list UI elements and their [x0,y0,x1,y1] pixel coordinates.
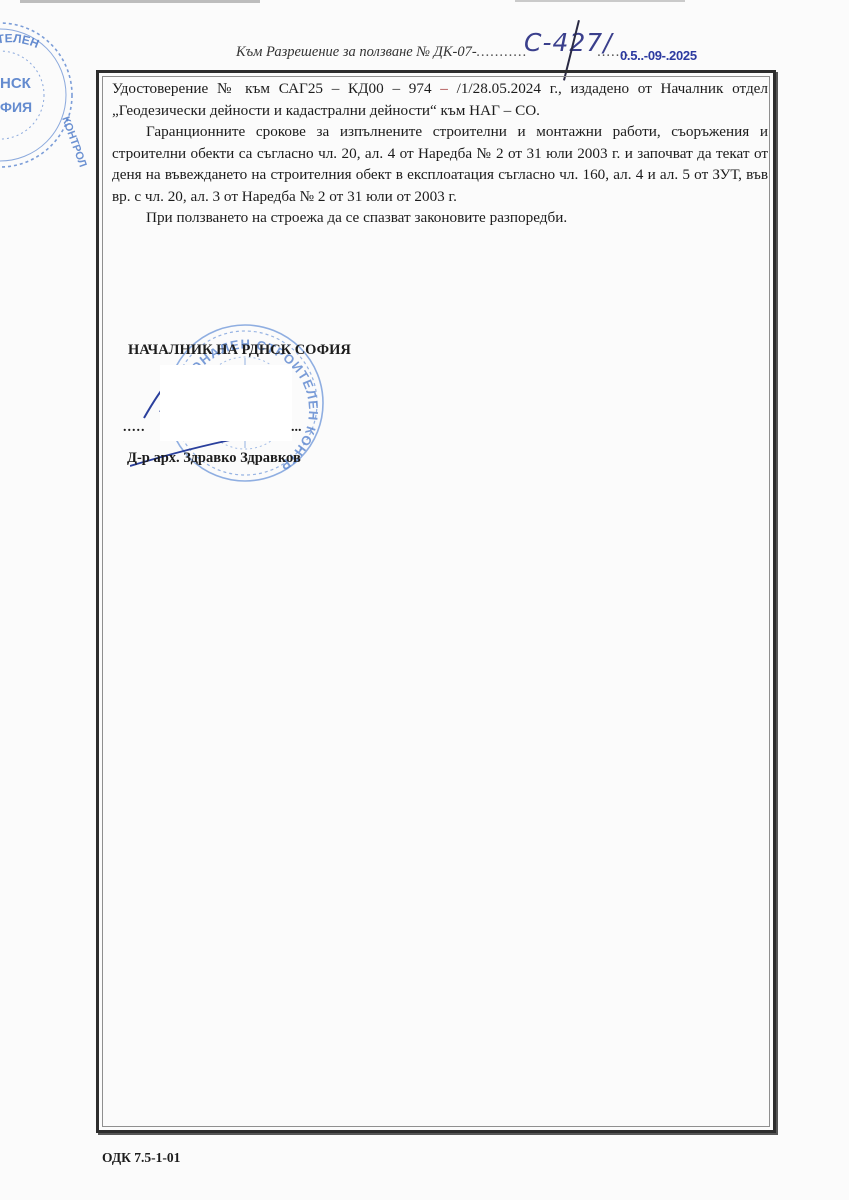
corner-stamp-icon: ЛЕН СТРОИТЕЛЕН НСК ФИЯ КОНТРОЛ [0,0,90,180]
signatory-name: Д-р арх. Здравко Здравков [127,450,301,467]
certificate-paragraph: Удостоверение № към САГ25 – КД00 – 974 –… [112,78,768,121]
handwritten-permit-number: С-427/ [524,28,613,57]
document-frame-inner [102,76,770,1127]
certificate-text: Удостоверение № към САГ25 – КД00 – 974 [112,80,440,97]
redacted-signature [160,365,292,441]
date-stamp: 0.5..-09-.2025 [620,48,697,63]
svg-text:НСК: НСК [0,75,32,92]
warranty-paragraph: Гаранционните срокове за изпълнените стр… [112,121,768,207]
svg-text:КОНТРОЛ: КОНТРОЛ [59,115,88,169]
signature-line-right: ... [291,420,302,436]
svg-text:ФИЯ: ФИЯ [0,99,32,115]
permit-dots-before: ........... [477,44,528,60]
form-code: ОДК 7.5-1-01 [102,1150,180,1166]
signature-line-left: ..... [123,420,146,436]
scan-artifact [515,0,685,2]
red-dash: – [440,80,448,97]
permit-reference-prefix: Към Разрешение за ползване № ДК-07- [236,44,477,60]
signatory-title: НАЧАЛНИК НА РДНСК СОФИЯ [128,342,351,359]
document-frame [96,70,776,1133]
usage-paragraph: При ползването на строежа да се спазват … [112,207,768,229]
document-body: Удостоверение № към САГ25 – КД00 – 974 –… [112,78,768,229]
